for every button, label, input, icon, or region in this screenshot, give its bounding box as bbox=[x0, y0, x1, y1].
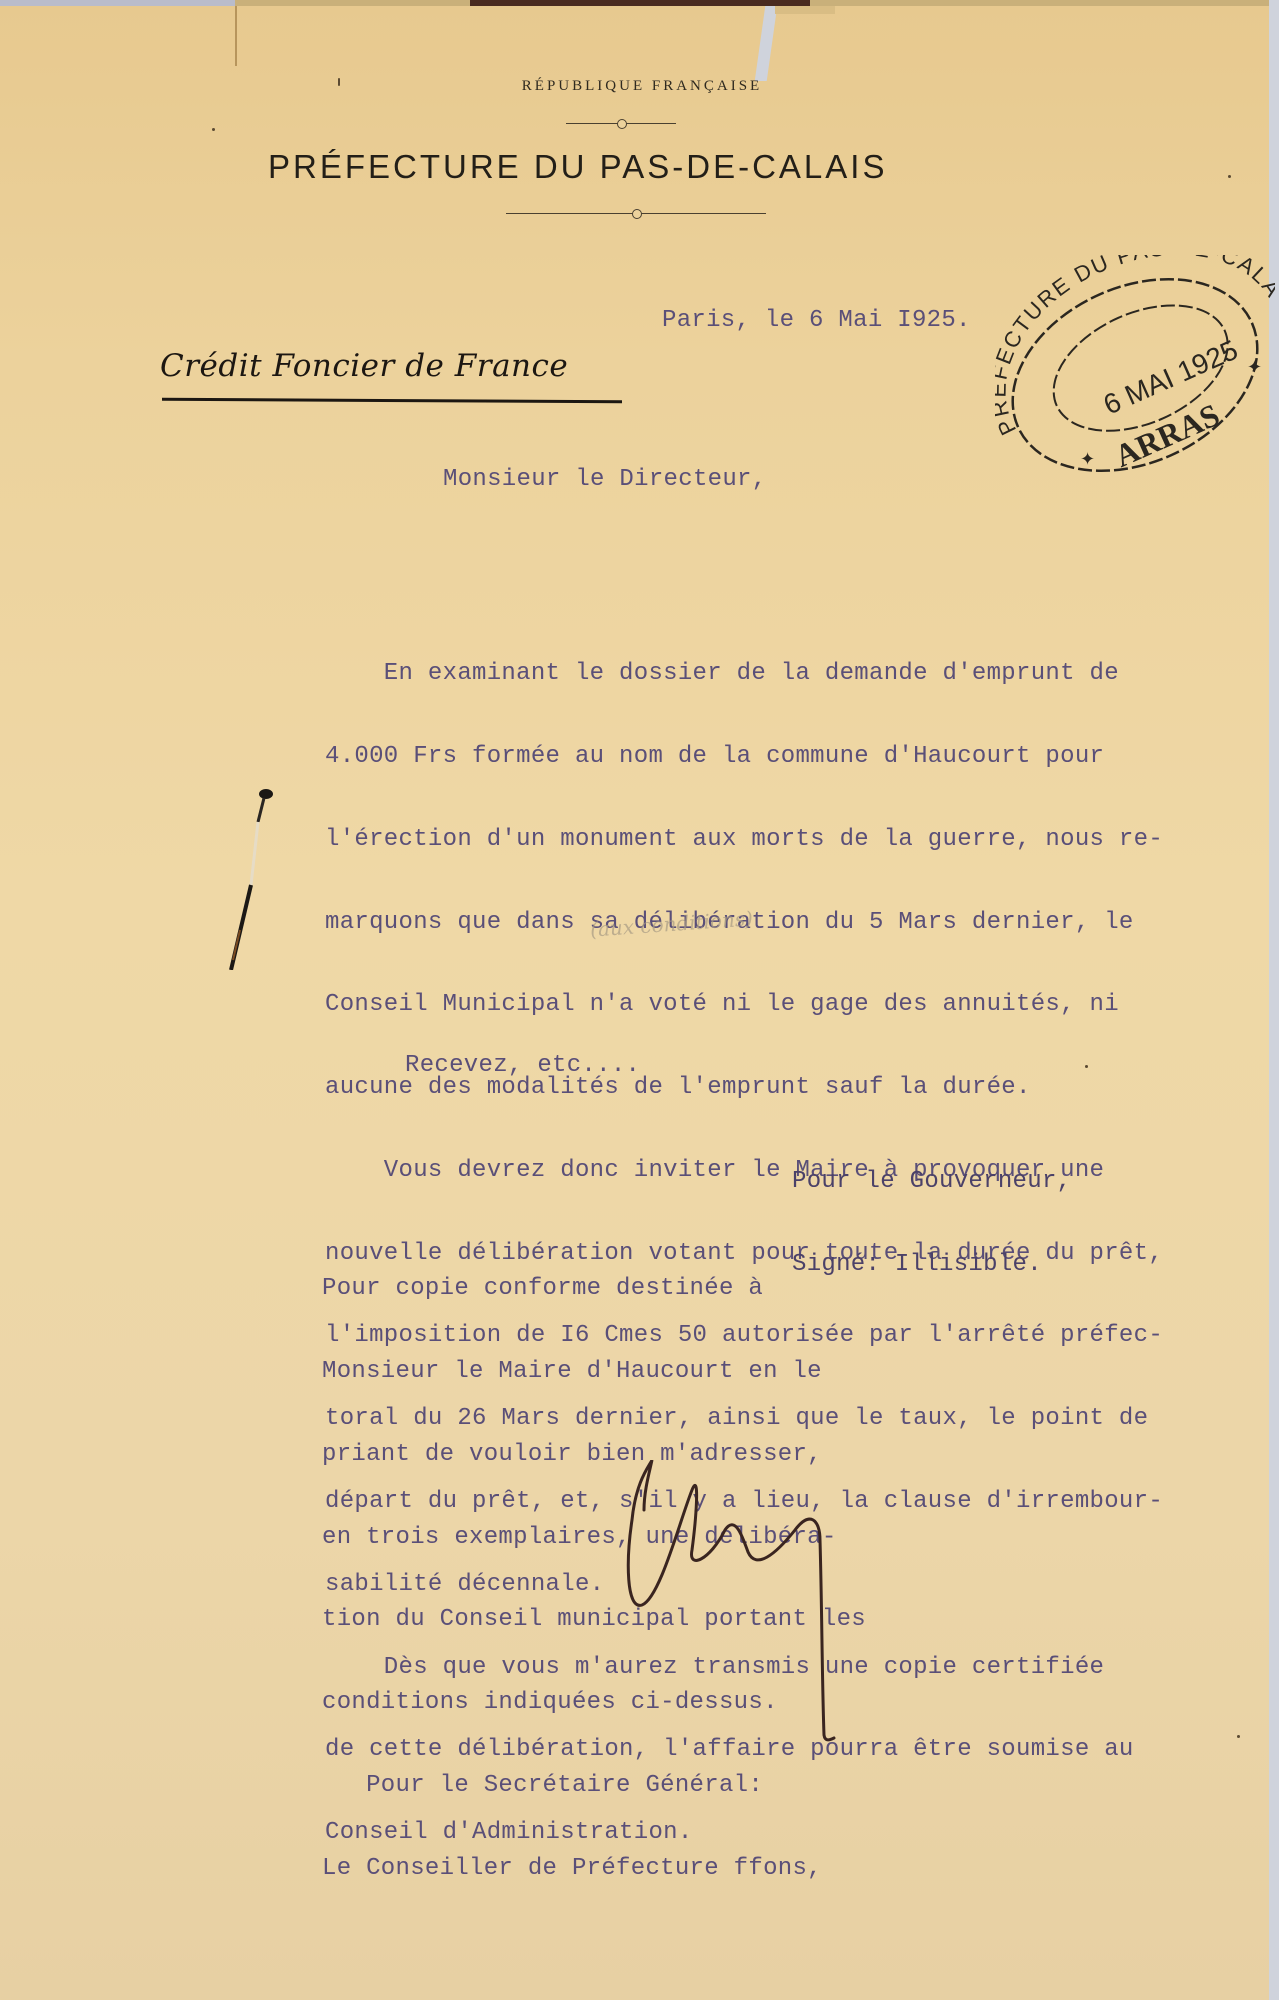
arras-date-stamp: PRÉFECTURE DU PAS-DE-CALAIS 6 MAI 1925 A… bbox=[995, 255, 1275, 495]
paper-speck bbox=[338, 78, 340, 86]
paper-speck bbox=[1085, 1065, 1088, 1068]
paper-speck bbox=[212, 128, 215, 131]
letterhead-divider bbox=[506, 213, 766, 214]
letterhead-divider bbox=[566, 123, 676, 124]
handwritten-signature bbox=[600, 1460, 860, 1760]
paper-tear bbox=[235, 6, 237, 66]
letterhead-prefecture: PRÉFECTURE DU PAS-DE-CALAIS bbox=[268, 148, 1008, 186]
addressee-handwritten: Crédit Foncier de France bbox=[160, 348, 568, 384]
copy-note-line: Pour le Secrétaire Général: bbox=[322, 1772, 866, 1800]
letterhead-republic: RÉPUBLIQUE FRANÇAISE bbox=[462, 78, 822, 95]
body-line: l'érection d'un monument aux morts de la… bbox=[325, 826, 1163, 854]
body-line: En examinant le dossier de la demande d'… bbox=[325, 660, 1163, 688]
signoff-line: Pour le Gouverneur, bbox=[792, 1168, 1071, 1196]
copy-note-line: Le Conseiller de Préfecture ffons, bbox=[322, 1855, 866, 1883]
copy-note-line: Pour copie conforme destinée à bbox=[322, 1275, 866, 1303]
copy-note-line: Monsieur le Maire d'Haucourt en le bbox=[322, 1358, 866, 1386]
closing: Recevez, etc.... bbox=[405, 1052, 640, 1080]
date-line: Paris, le 6 Mai I925. bbox=[662, 307, 971, 335]
paper-speck bbox=[1228, 175, 1231, 178]
paper-speck bbox=[1237, 1735, 1240, 1738]
stamp-date: 6 MAI 1925 bbox=[1099, 334, 1242, 421]
salutation: Monsieur le Directeur, bbox=[443, 466, 766, 494]
stamp-star-icon: ✦ bbox=[1080, 449, 1095, 470]
body-line: Conseil Municipal n'a voté ni le gage de… bbox=[325, 991, 1163, 1019]
paper-tear bbox=[775, 6, 835, 14]
stamp-star-icon: ✦ bbox=[1247, 357, 1262, 378]
body-line: 4.000 Frs formée au nom de la commune d'… bbox=[325, 743, 1163, 771]
pin-icon bbox=[220, 780, 280, 970]
